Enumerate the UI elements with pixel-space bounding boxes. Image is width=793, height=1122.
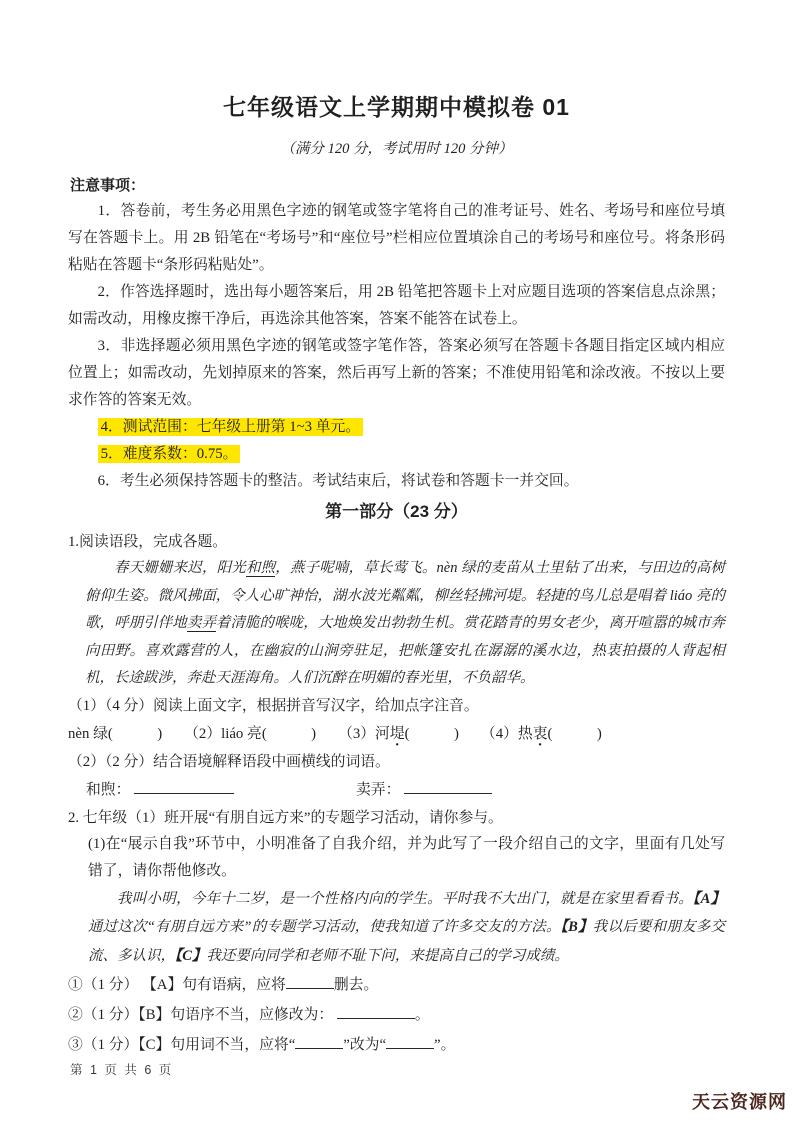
- definition-blanks-row: 和煦： 卖弄：: [86, 775, 725, 805]
- exam-paper-page: 七年级语文上学期期中模拟卷 01 （满分 120 分，考试用时 120 分钟） …: [0, 0, 793, 1122]
- question1-passage: 春天姗姗来迟，阳光和煦，燕子呢喃，草长莺飞。nèn 绿的麦苗从土里钻了出来，与田…: [85, 555, 725, 693]
- notice-item-1: 1．答卷前，考生务必用黑色字迹的钢笔或签字笔将自己的准考证号、姓名、考场号和座位…: [68, 198, 725, 279]
- passage-segment: 我叫小明，今年十二岁，是一个性格内向的学生。平时我不大出门，就是在家里看看书。: [117, 891, 693, 907]
- pinyin-word: （3）河: [338, 726, 390, 742]
- hexu-answer-blank: [134, 778, 234, 794]
- pinyin-item-2: （2）liáo 亮( ): [184, 719, 316, 749]
- edit-question-2: ②（1 分）【B】句语序不当，应修改为： 。: [68, 1000, 725, 1030]
- notice-item-3: 3．非选择题必须用黑色字迹的钢笔或签字笔作答，答案必须写在答题卡各题目指定区域内…: [68, 333, 725, 414]
- section-one-heading: 第一部分（23 分）: [68, 499, 725, 525]
- edit2-text: ②（1 分）【B】句语序不当，应修改为：: [68, 1007, 333, 1023]
- notice-item-2: 2．作答选择题时，选出每小题答案后，用 2B 铅笔把答题卡上对应题目选项的答案信…: [68, 279, 725, 333]
- underlined-word-mainong: 卖弄: [187, 615, 216, 632]
- pinyin-word: nèn 绿: [68, 726, 108, 742]
- notice-item-6: 6．考生必须保持答题卡的整洁。考试结束后，将试卷和答题卡一并交回。: [68, 468, 725, 495]
- underlined-word-hexu: 和煦: [246, 560, 275, 577]
- pinyin-item-4: （4）热衷( ): [481, 719, 602, 749]
- answer-paren-blank: ( ): [262, 726, 316, 742]
- page-title: 七年级语文上学期期中模拟卷 01: [68, 92, 725, 122]
- dotted-character: 衷: [533, 719, 548, 749]
- edit3-text-post: ”。: [434, 1037, 455, 1053]
- highlighted-test-range: 4．测试范围：七年级上册第 1~3 单元。: [98, 418, 364, 436]
- pinyin-item-3: （3）河堤( ): [338, 719, 459, 749]
- edit-question-3: ③（1 分）【C】句用词不当，应将“”改为“”。: [68, 1030, 725, 1060]
- pinyin-word: （4）热: [481, 726, 533, 742]
- page-number-footer: 第 1 页 共 6 页: [70, 1060, 173, 1078]
- question2-lead: 2. 七年级（1）班开展“有朋自远方来”的专题学习活动，请你参与。: [68, 805, 725, 831]
- answer-paren-blank: ( ): [548, 726, 602, 742]
- exam-score-time-subtitle: （满分 120 分，考试用时 120 分钟）: [68, 138, 725, 160]
- edit1-text: ①（1 分） 【A】句有语病，应将: [68, 977, 286, 993]
- site-watermark: 天云资源网: [692, 1088, 787, 1114]
- marker-A: 【A】: [693, 891, 725, 907]
- edit2-text-post: 。: [415, 1007, 430, 1023]
- edit3-text-mid: ”改为“: [343, 1037, 386, 1053]
- passage-segment: 通过这次“有朋自远方来”的专题学习活动，使我知道了许多交友的方法。: [88, 919, 561, 935]
- pinyin-item-1: nèn 绿( ): [68, 719, 162, 749]
- pinyin-word: （2）liáo 亮: [184, 726, 262, 742]
- notice-item-5: 5．难度系数：0.75。: [68, 441, 725, 468]
- edit3-text: ③（1 分）【C】句用词不当，应将“: [68, 1037, 295, 1053]
- edit1-text-post: 删去。: [334, 977, 378, 993]
- edit3-blank-2: [386, 1033, 434, 1049]
- notice-heading: 注意事项：: [70, 174, 725, 198]
- passage-segment: 春天姗姗来迟，阳光: [114, 560, 246, 576]
- marker-B: 【B】: [561, 919, 593, 935]
- question1-sub1-lead: （1）（4 分）阅读上面文字，根据拼音写汉字，给加点字注音。: [68, 693, 725, 719]
- answer-paren-blank: ( ): [405, 726, 459, 742]
- question2-sub1-lead: (1)在“展示自我”环节中，小明准备了自我介绍，并为此写了一段介绍自己的文字，里…: [88, 831, 725, 885]
- question2-sub-block: (1)在“展示自我”环节中，小明准备了自我介绍，并为此写了一段介绍自己的文字，里…: [88, 831, 725, 971]
- pinyin-answer-row: nèn 绿( )（2）liáo 亮( )（3）河堤( )（4）热衷( ): [68, 719, 725, 749]
- edit-question-1: ①（1 分） 【A】句有语病，应将删去。: [68, 970, 725, 1000]
- dotted-character: 堤: [390, 719, 405, 749]
- mainong-label: 卖弄：: [356, 782, 400, 798]
- edit2-blank: [337, 1003, 415, 1019]
- mainong-definition-group: 卖弄：: [356, 782, 492, 798]
- edit1-blank: [286, 973, 334, 989]
- marker-C: 【C】: [175, 948, 206, 964]
- answer-paren-blank: ( ): [108, 726, 162, 742]
- hexu-definition-group: 和煦：: [86, 775, 356, 805]
- mainong-answer-blank: [404, 778, 492, 794]
- hexu-label: 和煦：: [86, 782, 130, 798]
- notice-item-4: 4．测试范围：七年级上册第 1~3 单元。: [68, 414, 725, 441]
- question1-lead: 1.阅读语段，完成各题。: [68, 529, 725, 555]
- passage-segment: 我还要向同学和老师不耻下问，来提高自己的学习成绩。: [206, 948, 569, 964]
- question2-passage: 我叫小明，今年十二岁，是一个性格内向的学生。平时我不大出门，就是在家里看看书。【…: [88, 885, 725, 971]
- edit3-blank-1: [295, 1033, 343, 1049]
- highlighted-difficulty: 5．难度系数：0.75。: [98, 445, 241, 463]
